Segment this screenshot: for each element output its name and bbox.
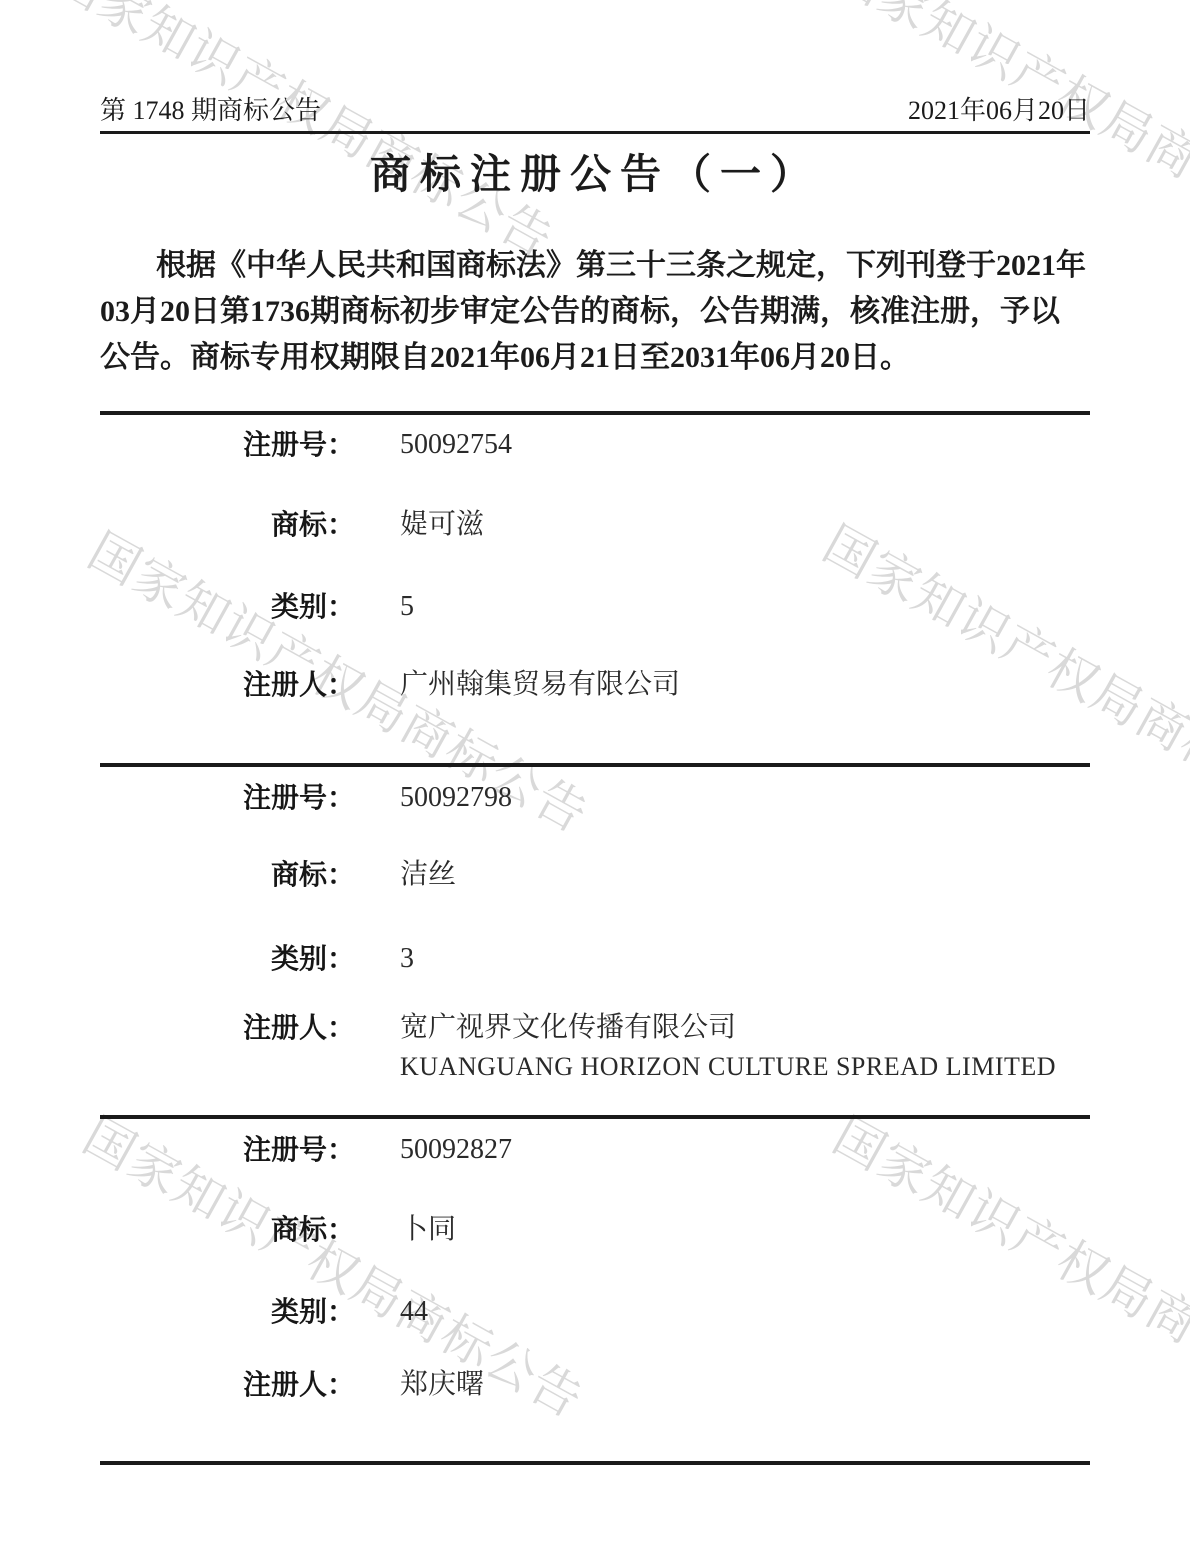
registration-number-value: 50092798 bbox=[400, 780, 512, 816]
category-value: 5 bbox=[400, 589, 414, 625]
field-label-reg-no: 注册号： bbox=[100, 1132, 355, 1168]
trademark-value: 洁丝 bbox=[400, 857, 456, 893]
record-field-row: 注册人： 宽广视界文化传播有限公司 bbox=[100, 1010, 1090, 1046]
field-label-registrant: 注册人： bbox=[100, 667, 355, 703]
field-label-category: 类别： bbox=[100, 589, 355, 625]
intro-line: 公告。商标专用权期限自2021年06月21日至2031年06月20日。 bbox=[100, 335, 1090, 381]
record-field-row: 商标： 洁丝 bbox=[100, 857, 1090, 893]
record-separator bbox=[100, 763, 1090, 767]
record-separator bbox=[100, 1461, 1090, 1465]
record-separator bbox=[100, 411, 1090, 415]
record-field-row: 商标： 媞可滋 bbox=[100, 507, 1090, 543]
field-label-reg-no: 注册号： bbox=[100, 427, 355, 463]
gazette-page: 国家知识产权局商标公告 国家知识产权局商标公告 国家知识产权局商标公告 国家知识… bbox=[0, 0, 1190, 1564]
intro-line: 根据《中华人民共和国商标法》第三十三条之规定，下列刊登于2021年 bbox=[100, 243, 1090, 289]
field-label-trademark: 商标： bbox=[100, 507, 355, 543]
page-title: 商标注册公告（一） bbox=[0, 148, 1190, 200]
record-field-row: 类别： 44 bbox=[100, 1294, 1090, 1330]
registration-number-value: 50092827 bbox=[400, 1132, 512, 1168]
record-field-row: 类别： 3 bbox=[100, 941, 1090, 977]
field-label-reg-no: 注册号： bbox=[100, 780, 355, 816]
trademark-value: 卜同 bbox=[400, 1212, 456, 1248]
field-label-category: 类别： bbox=[100, 1294, 355, 1330]
category-value: 3 bbox=[400, 941, 414, 977]
record-field-row: 注册号： 50092798 bbox=[100, 780, 1090, 816]
registrant-value: 郑庆曙 bbox=[400, 1367, 484, 1403]
record-field-row: 注册人： 郑庆曙 bbox=[100, 1367, 1090, 1403]
registrant-value: 广州翰集贸易有限公司 bbox=[400, 667, 680, 703]
category-value: 44 bbox=[400, 1294, 428, 1330]
field-label-registrant: 注册人： bbox=[100, 1367, 355, 1403]
registrant-value: 宽广视界文化传播有限公司 bbox=[400, 1010, 736, 1046]
intro-paragraph: 根据《中华人民共和国商标法》第三十三条之规定，下列刊登于2021年 03月20日… bbox=[100, 243, 1090, 381]
record-field-row: 商标： 卜同 bbox=[100, 1212, 1090, 1248]
intro-line: 03月20日第1736期商标初步审定公告的商标，公告期满，核准注册，予以 bbox=[100, 289, 1090, 335]
record-field-row: 类别： 5 bbox=[100, 589, 1090, 625]
record-field-row: KUANGUANG HORIZON CULTURE SPREAD LIMITED bbox=[100, 1049, 1090, 1085]
header-rule bbox=[100, 131, 1090, 134]
record-field-row: 注册人： 广州翰集贸易有限公司 bbox=[100, 667, 1090, 703]
field-label-category: 类别： bbox=[100, 941, 355, 977]
record-field-row: 注册号： 50092827 bbox=[100, 1132, 1090, 1168]
trademark-value: 媞可滋 bbox=[400, 507, 484, 543]
field-label-trademark: 商标： bbox=[100, 857, 355, 893]
issue-number: 第 1748 期商标公告 bbox=[100, 94, 321, 128]
registration-number-value: 50092754 bbox=[400, 427, 512, 463]
field-label-registrant: 注册人： bbox=[100, 1010, 355, 1046]
issue-date: 2021年06月20日 bbox=[908, 94, 1090, 128]
record-separator bbox=[100, 1115, 1090, 1119]
field-label-trademark: 商标： bbox=[100, 1212, 355, 1248]
registrant-english-value: KUANGUANG HORIZON CULTURE SPREAD LIMITED bbox=[400, 1049, 1056, 1085]
record-field-row: 注册号： 50092754 bbox=[100, 427, 1090, 463]
